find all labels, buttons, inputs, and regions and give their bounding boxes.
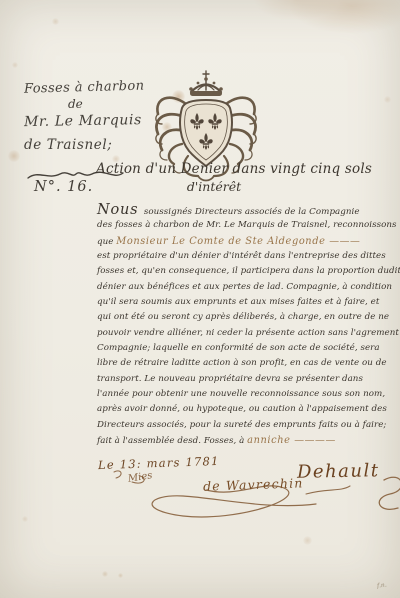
body-line: Compagnie; laquelle en conformité de son… bbox=[97, 341, 393, 356]
handwritten-text: anniche ———— bbox=[247, 435, 336, 446]
paper-stain bbox=[102, 571, 108, 577]
printed-text: des fosses à charbon de Mr. Le Marquis d… bbox=[97, 220, 397, 230]
paper-stain bbox=[52, 18, 59, 25]
printed-text: qu'il sera soumis aux emprunts et aux mi… bbox=[97, 297, 379, 307]
printed-text: l'année pour obtenir une nouvelle reconn… bbox=[97, 389, 385, 399]
paper-stain bbox=[22, 516, 28, 522]
body-line: Directeurs associés, pour la sureté des … bbox=[97, 418, 393, 433]
printed-text: qui ont été ou seront cy après déliberés… bbox=[97, 312, 389, 322]
heading-line-3: Mr. Le Marquis bbox=[24, 112, 154, 130]
corner-pencil-mark: f.n. bbox=[377, 581, 388, 589]
printed-text: libre de rétraire laditte action à son p… bbox=[97, 358, 387, 368]
printed-text: Nous bbox=[97, 202, 144, 218]
heading-line-2: de bbox=[68, 97, 154, 111]
document-title: Action d'un Denier dans vingt cinq sols … bbox=[96, 161, 392, 194]
body-line: libre de rétraire laditte action à son p… bbox=[97, 356, 393, 371]
body-line: fait à l'assemblée desd. Fosses, à annic… bbox=[97, 433, 393, 448]
document-page: Fosses à charbon de Mr. Le Marquis de Tr… bbox=[0, 0, 400, 598]
body-line: qu'il sera soumis aux emprunts et aux mi… bbox=[97, 295, 393, 310]
body-line: est propriétaire d'un dénier d'intérêt d… bbox=[97, 249, 393, 264]
paper-stain bbox=[12, 62, 18, 68]
printed-text: Directeurs associés, pour la sureté des … bbox=[97, 420, 386, 430]
certificate-number: N°. 16. bbox=[34, 179, 93, 195]
body-line: que Monsieur Le Comte de Ste Aldegonde —… bbox=[97, 234, 393, 249]
body-text: Nous soussignés Directeurs associés de l… bbox=[97, 203, 393, 449]
printed-text: Compagnie; laquelle en conformité de son… bbox=[97, 343, 380, 353]
printed-text: après avoir donné, ou hypoteque, ou caut… bbox=[97, 404, 387, 414]
body-line: qui ont été ou seront cy après déliberés… bbox=[97, 310, 393, 325]
body-line: Nous soussignés Directeurs associés de l… bbox=[97, 203, 393, 218]
printed-text: dénier aux bénéfices et aux pertes de la… bbox=[97, 282, 392, 292]
printed-text: fait à l'assemblée desd. Fosses, à bbox=[97, 436, 247, 446]
heading-line-1: Fosses à charbon bbox=[24, 78, 154, 96]
printed-text: transport. Le nouveau propriétaire devra… bbox=[97, 374, 363, 384]
title-line-1: Action d'un Denier dans vingt cinq sols bbox=[96, 161, 392, 177]
paper-stain bbox=[8, 150, 20, 162]
printed-text: soussignés Directeurs associés de la Com… bbox=[144, 207, 360, 217]
body-line: pouvoir vendre alliéner, ni ceder la pré… bbox=[97, 326, 393, 341]
paper-stain bbox=[384, 96, 391, 103]
title-line-2: d'intérêt bbox=[144, 179, 284, 194]
printed-text: est propriétaire d'un dénier d'intérêt d… bbox=[97, 251, 386, 261]
body-line: l'année pour obtenir une nouvelle reconn… bbox=[97, 387, 393, 402]
printed-text: pouvoir vendre alliéner, ni ceder la pré… bbox=[97, 328, 400, 338]
body-line: des fosses à charbon de Mr. Le Marquis d… bbox=[97, 218, 393, 233]
body-line: après avoir donné, ou hypoteque, ou caut… bbox=[97, 402, 393, 417]
signature-flourish-icon bbox=[88, 468, 400, 538]
heading-line-4: de Traisnel; bbox=[24, 137, 154, 153]
handwritten-text: Monsieur Le Comte de Ste Aldegonde ——— bbox=[116, 236, 360, 247]
printed-text: fosses et, qu'en consequence, il partici… bbox=[97, 266, 400, 276]
printed-text: que bbox=[97, 237, 116, 247]
document-heading-left: Fosses à charbon de Mr. Le Marquis de Tr… bbox=[24, 80, 154, 153]
body-line: transport. Le nouveau propriétaire devra… bbox=[97, 372, 393, 387]
paper-stain bbox=[118, 573, 123, 578]
body-line: fosses et, qu'en consequence, il partici… bbox=[97, 264, 393, 279]
body-line: dénier aux bénéfices et aux pertes de la… bbox=[97, 280, 393, 295]
